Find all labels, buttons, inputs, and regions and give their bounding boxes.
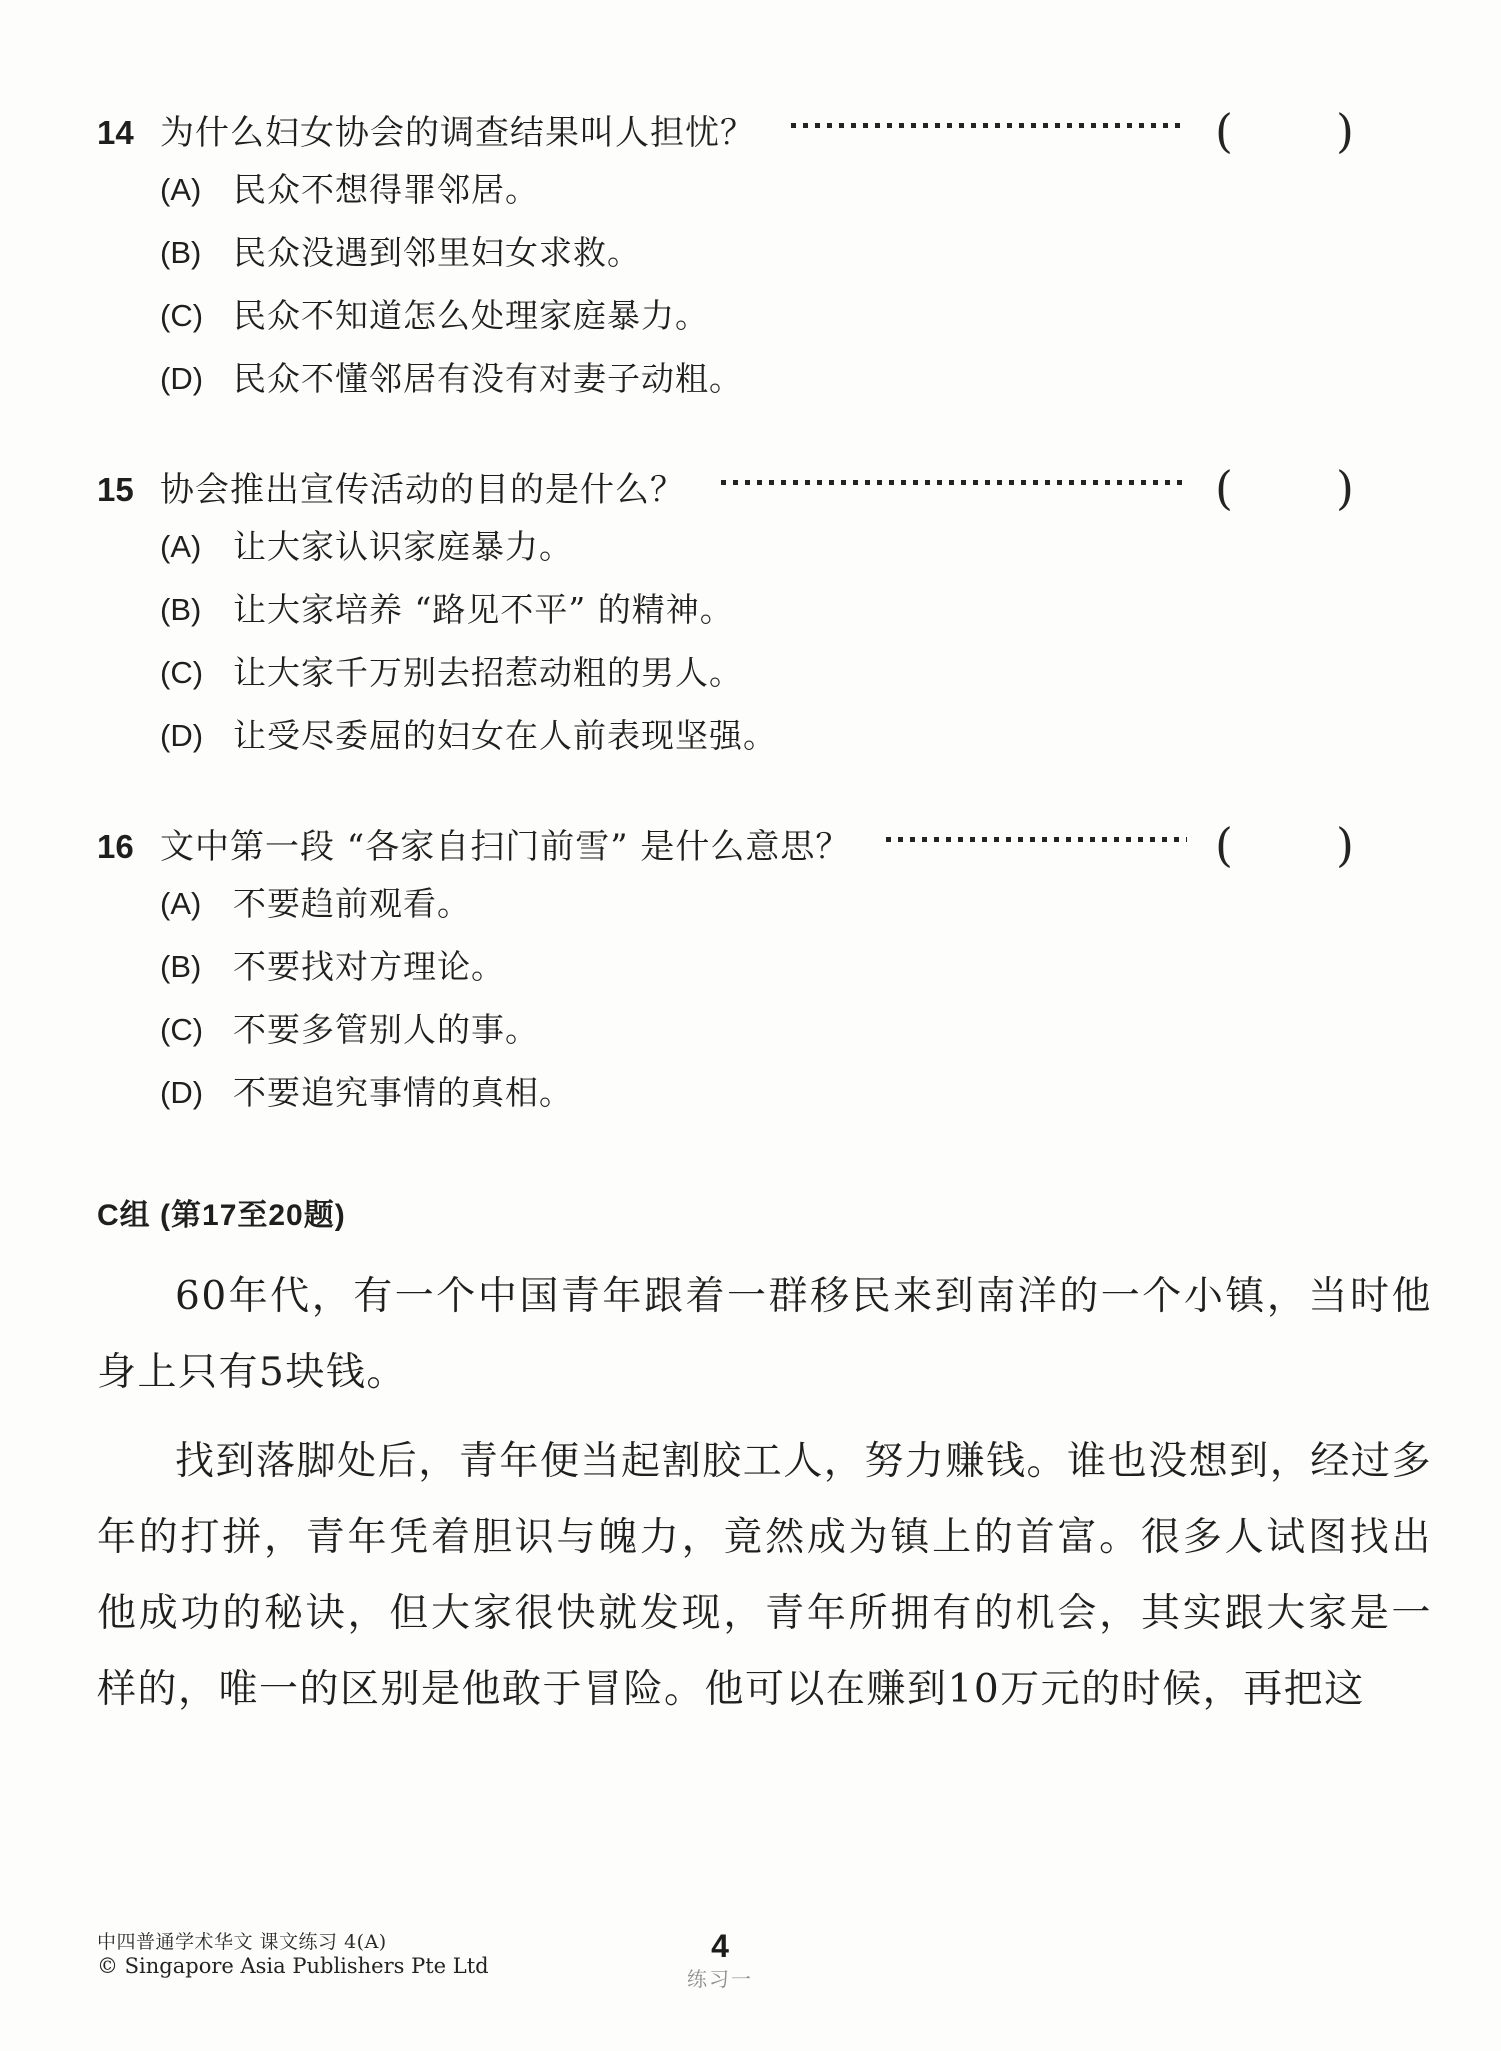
close-paren: ): [1336, 109, 1355, 153]
question-16: 16 文中第一段 “各家自扫门前雪” 是什么意思？ () (A) 不要趋前观看。…: [97, 825, 1355, 1115]
option-text: 让受尽委屈的妇女在人前表现坚强。: [233, 714, 777, 758]
close-paren: ): [1336, 466, 1355, 510]
option-label: (C): [160, 294, 233, 338]
option-text: 不要找对方理论。: [233, 945, 505, 989]
question-14: 14 为什么妇女协会的调查结果叫人担忧？ () (A) 民众不想得罪邻居。 (B…: [97, 111, 1355, 401]
passage-paragraph-2: 找到落脚处后，青年便当起割胶工人，努力赚钱。谁也没想到，经过多年的打拼，青年凭着…: [97, 1424, 1432, 1728]
option-label: (C): [160, 1008, 233, 1052]
footer-copyright: © Singapore Asia Publishers Pte Ltd: [97, 1954, 489, 1978]
option-a: (A) 让大家认识家庭暴力。: [160, 525, 1355, 569]
option-d: (D) 不要追究事情的真相。: [160, 1071, 1355, 1115]
dotted-leader: [791, 123, 1187, 128]
option-label: (D): [160, 1071, 233, 1115]
option-text: 不要多管别人的事。: [233, 1008, 539, 1052]
option-label: (B): [160, 231, 233, 275]
section-group-label: C组: [97, 1199, 151, 1232]
dotted-leader: [886, 837, 1187, 842]
exercise-label: 练习一: [620, 1966, 820, 1992]
option-c: (C) 民众不知道怎么处理家庭暴力。: [160, 294, 1355, 338]
open-paren: (: [1215, 109, 1234, 153]
option-b: (B) 不要找对方理论。: [160, 945, 1355, 989]
section-c-header: C组 (第17至20题): [97, 1197, 1432, 1235]
option-a: (A) 民众不想得罪邻居。: [160, 168, 1355, 212]
answer-blank: (): [1215, 823, 1355, 867]
question-14-options: (A) 民众不想得罪邻居。 (B) 民众没遇到邻里妇女求救。 (C) 民众不知道…: [160, 168, 1355, 401]
question-text: 协会推出宣传活动的目的是什么？: [160, 468, 685, 512]
option-label: (A): [160, 168, 233, 212]
footer-page-block: 4 练习一: [620, 1928, 820, 1992]
page-number: 4: [620, 1928, 820, 1964]
option-c: (C) 让大家千万别去招惹动粗的男人。: [160, 651, 1355, 695]
page-content: 14 为什么妇女协会的调查结果叫人担忧？ () (A) 民众不想得罪邻居。 (B…: [97, 0, 1432, 1728]
answer-blank: (): [1215, 466, 1355, 510]
option-d: (D) 让受尽委屈的妇女在人前表现坚强。: [160, 714, 1355, 758]
option-label: (A): [160, 882, 233, 926]
option-label: (A): [160, 525, 233, 569]
option-label: (B): [160, 588, 233, 632]
question-14-head: 14 为什么妇女协会的调查结果叫人担忧？ (): [97, 111, 1355, 155]
section-range-label: (第17至20题): [160, 1199, 346, 1232]
option-text: 不要追究事情的真相。: [233, 1071, 573, 1115]
question-15-options: (A) 让大家认识家庭暴力。 (B) 让大家培养 “路见不平” 的精神。 (C)…: [160, 525, 1355, 758]
close-paren: ): [1336, 823, 1355, 867]
question-text: 文中第一段 “各家自扫门前雪” 是什么意思？: [160, 825, 850, 869]
option-text: 让大家千万别去招惹动粗的男人。: [233, 651, 743, 695]
answer-blank: (): [1215, 109, 1355, 153]
option-text: 不要趋前观看。: [233, 882, 471, 926]
question-16-head: 16 文中第一段 “各家自扫门前雪” 是什么意思？ (): [97, 825, 1355, 869]
question-section: 14 为什么妇女协会的调查结果叫人担忧？ () (A) 民众不想得罪邻居。 (B…: [97, 0, 1355, 1115]
passage-paragraph-1: 60年代，有一个中国青年跟着一群移民来到南洋的一个小镇，当时他身上只有5块钱。: [97, 1259, 1432, 1411]
option-text: 民众不知道怎么处理家庭暴力。: [233, 294, 709, 338]
option-b: (B) 让大家培养 “路见不平” 的精神。: [160, 588, 1355, 632]
option-d: (D) 民众不懂邻居有没有对妻子动粗。: [160, 357, 1355, 401]
option-text: 让大家培养 “路见不平” 的精神。: [233, 588, 734, 632]
option-text: 民众没遇到邻里妇女求救。: [233, 231, 641, 275]
option-text: 民众不想得罪邻居。: [233, 168, 539, 212]
workbook-page: 14 为什么妇女协会的调查结果叫人担忧？ () (A) 民众不想得罪邻居。 (B…: [0, 0, 1501, 2051]
option-c: (C) 不要多管别人的事。: [160, 1008, 1355, 1052]
option-label: (D): [160, 714, 233, 758]
footer-publisher-block: 中四普通学术华文 课文练习 4(A) © Singapore Asia Publ…: [97, 1930, 489, 1978]
option-a: (A) 不要趋前观看。: [160, 882, 1355, 926]
option-label: (D): [160, 357, 233, 401]
question-16-options: (A) 不要趋前观看。 (B) 不要找对方理论。 (C) 不要多管别人的事。 (…: [160, 882, 1355, 1115]
question-number: 14: [97, 111, 160, 155]
question-15: 15 协会推出宣传活动的目的是什么？ () (A) 让大家认识家庭暴力。 (B)…: [97, 468, 1355, 758]
question-text: 为什么妇女协会的调查结果叫人担忧？: [160, 111, 755, 155]
open-paren: (: [1215, 823, 1234, 867]
question-number: 16: [97, 825, 160, 869]
option-label: (C): [160, 651, 233, 695]
option-text: 让大家认识家庭暴力。: [233, 525, 573, 569]
option-b: (B) 民众没遇到邻里妇女求救。: [160, 231, 1355, 275]
reading-passage: 60年代，有一个中国青年跟着一群移民来到南洋的一个小镇，当时他身上只有5块钱。 …: [97, 1259, 1432, 1728]
question-15-head: 15 协会推出宣传活动的目的是什么？ (): [97, 468, 1355, 512]
footer-book-title: 中四普通学术华文 课文练习 4(A): [97, 1930, 489, 1954]
dotted-leader: [721, 480, 1187, 485]
option-text: 民众不懂邻居有没有对妻子动粗。: [233, 357, 743, 401]
question-number: 15: [97, 468, 160, 512]
open-paren: (: [1215, 466, 1234, 510]
option-label: (B): [160, 945, 233, 989]
